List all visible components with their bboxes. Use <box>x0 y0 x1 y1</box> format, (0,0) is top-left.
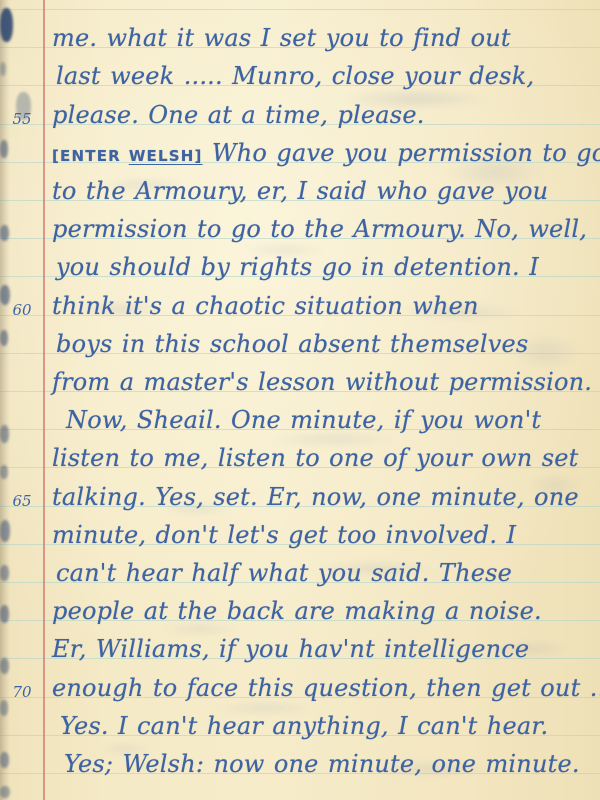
handwriting-segment: people at the back are making a noise. <box>52 597 542 625</box>
line-text: Now, Sheail. One minute, if you won't <box>66 401 600 439</box>
manuscript-page: me. what it was I set you to find outlas… <box>0 0 600 800</box>
line-text: talking. Yes, set. Er, now, one minute, … <box>52 478 600 516</box>
line-text: please. One at a time, please. <box>52 96 600 134</box>
manuscript-line: 60think it's a chaotic situation when <box>0 287 600 325</box>
manuscript-line: can't hear half what you said. These <box>0 554 600 592</box>
line-text: Yes; Welsh: now one minute, one minute. <box>64 745 600 783</box>
handwriting-segment: you should by rights go in detention. I <box>56 253 539 281</box>
margin-line-number: 55 <box>6 100 38 138</box>
manuscript-line: me. what it was I set you to find out <box>0 19 600 57</box>
manuscript-line: last week ..... Munro, close your desk, <box>0 57 600 95</box>
line-text: boys in this school absent themselves <box>56 325 600 363</box>
handwriting-segment: listen to me, listen to one of your own … <box>52 444 578 472</box>
line-text: Er, Williams, if you hav'nt intelligence <box>52 630 600 668</box>
line-text: people at the back are making a noise. <box>52 592 600 630</box>
manuscript-line: Er, Williams, if you hav'nt intelligence <box>0 630 600 668</box>
manuscript-line: 70enough to face this question, then get… <box>0 669 600 707</box>
handwriting-segment: Who gave you permission to go <box>203 139 600 167</box>
handwriting-segment: from a master's lesson without permissio… <box>52 368 592 396</box>
margin-line-number: 65 <box>6 482 38 520</box>
manuscript-line: [ENTER WELSH] Who gave you permission to… <box>0 134 600 172</box>
handwriting-segment: think it's a chaotic situation when <box>52 292 479 320</box>
handwriting-segment: permission to go to the Armoury. No, wel… <box>52 215 587 243</box>
handwriting-segment: to the Armoury, er, I said who gave you <box>52 177 548 205</box>
manuscript-line: Yes. I can't hear anything, I can't hear… <box>0 707 600 745</box>
handwriting-segment: last week ..... Munro, close your desk, <box>56 62 534 90</box>
manuscript-line: minute, don't let's get too involved. I <box>0 516 600 554</box>
handwriting-segment: Yes. I can't hear anything, I can't hear… <box>60 712 548 740</box>
handwriting-segment: boys in this school absent themselves <box>56 330 528 358</box>
manuscript-line: from a master's lesson without permissio… <box>0 363 600 401</box>
manuscript-line: 65talking. Yes, set. Er, now, one minute… <box>0 478 600 516</box>
manuscript-line: permission to go to the Armoury. No, wel… <box>0 210 600 248</box>
stage-direction-segment: WELSH] <box>129 147 203 165</box>
line-text: think it's a chaotic situation when <box>52 287 600 325</box>
handwriting-segment: me. what it was I set you to find out <box>52 24 511 52</box>
line-text: from a master's lesson without permissio… <box>52 363 600 401</box>
handwriting-segment: Now, Sheail. One minute, if you won't <box>66 406 541 434</box>
manuscript-line: Now, Sheail. One minute, if you won't <box>0 401 600 439</box>
manuscript-line: Yes; Welsh: now one minute, one minute. <box>0 745 600 783</box>
line-text: can't hear half what you said. These <box>56 554 600 592</box>
manuscript-line: people at the back are making a noise. <box>0 592 600 630</box>
line-text: enough to face this question, then get o… <box>52 669 600 707</box>
handwritten-text-block: me. what it was I set you to find outlas… <box>0 0 600 800</box>
manuscript-line: you should by rights go in detention. I <box>0 248 600 286</box>
line-text: me. what it was I set you to find out <box>52 19 600 57</box>
handwriting-segment: enough to face this question, then get o… <box>52 674 600 702</box>
stage-direction-segment: [ENTER <box>52 147 129 165</box>
line-text: minute, don't let's get too involved. I <box>52 516 600 554</box>
line-text: listen to me, listen to one of your own … <box>52 439 600 477</box>
manuscript-line: 55please. One at a time, please. <box>0 96 600 134</box>
handwriting-segment: minute, don't let's get too involved. I <box>52 521 516 549</box>
handwriting-segment: talking. Yes, set. Er, now, one minute, … <box>52 483 579 511</box>
handwriting-segment: Er, Williams, if you hav'nt intelligence <box>52 635 529 663</box>
margin-line-number: 70 <box>6 673 38 711</box>
line-text: [ENTER WELSH] Who gave you permission to… <box>52 134 600 175</box>
manuscript-line: boys in this school absent themselves <box>0 325 600 363</box>
line-text: last week ..... Munro, close your desk, <box>56 57 600 95</box>
line-text: you should by rights go in detention. I <box>56 248 600 286</box>
handwriting-segment: please. One at a time, please. <box>52 101 425 129</box>
manuscript-line: listen to me, listen to one of your own … <box>0 439 600 477</box>
manuscript-line: to the Armoury, er, I said who gave you <box>0 172 600 210</box>
line-text: Yes. I can't hear anything, I can't hear… <box>60 707 600 745</box>
line-text: permission to go to the Armoury. No, wel… <box>52 210 600 248</box>
margin-line-number: 60 <box>6 291 38 329</box>
handwriting-segment: can't hear half what you said. These <box>56 559 512 587</box>
line-text: to the Armoury, er, I said who gave you <box>52 172 600 210</box>
handwriting-segment: Yes; Welsh: now one minute, one minute. <box>64 750 580 778</box>
